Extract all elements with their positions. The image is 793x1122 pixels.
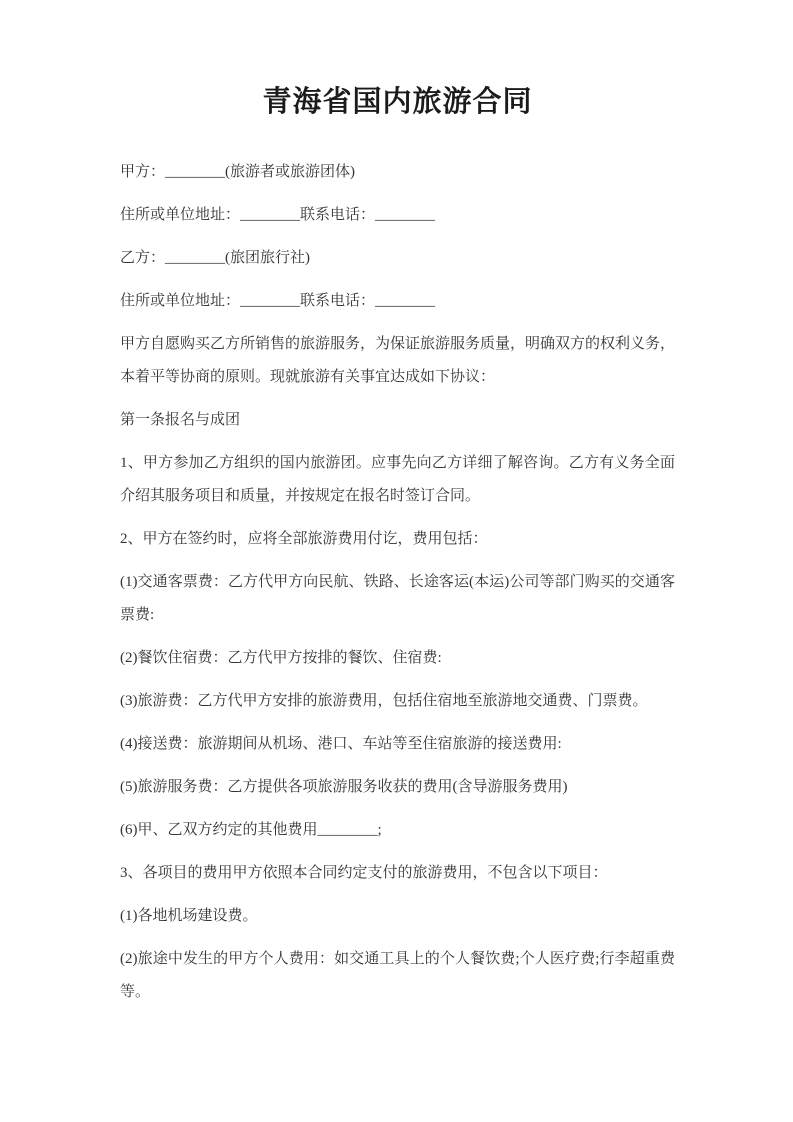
preamble-paragraph: 甲方自愿购买乙方所销售的旅游服务，为保证旅游服务质量，明确双方的权利义务，本着平…: [120, 328, 675, 394]
article-1-heading: 第一条报名与成团: [120, 404, 675, 437]
clause-2-paragraph: 2、甲方在签约时，应将全部旅游费用付讫，费用包括：: [120, 523, 675, 556]
clause-3-paragraph: 3、各项目的费用甲方依照本合同约定支付的旅游费用，不包含以下项目：: [120, 857, 675, 890]
party-a-line: 甲方：________(旅游者或旅游团体): [120, 156, 675, 189]
fee-item-3-tour-fee: (3)旅游费：乙方代甲方安排的旅游费用，包括住宿地至旅游地交通费、门票费。: [120, 685, 675, 718]
party-b-address-phone-line: 住所或单位地址：________联系电话：________: [120, 285, 675, 318]
exclusion-item-1-airport-fee: (1)各地机场建设费。: [120, 900, 675, 933]
fee-item-4-transfer-fee: (4)接送费：旅游期间从机场、港口、车站等至住宿旅游的接送费用:: [120, 728, 675, 761]
fee-item-2-meals-lodging: (2)餐饮住宿费：乙方代甲方按排的餐饮、住宿费:: [120, 642, 675, 675]
exclusion-item-2-personal-fees: (2)旅途中发生的甲方个人费用：如交通工具上的个人餐饮费;个人医疗费;行李超重费…: [120, 943, 675, 1009]
fee-item-1-transport-tickets: (1)交通客票费：乙方代甲方向民航、铁路、长途客运(本运)公司等部门购买的交通客…: [120, 566, 675, 632]
party-b-line: 乙方：________(旅团旅行社): [120, 242, 675, 275]
clause-1-paragraph: 1、甲方参加乙方组织的国内旅游团。应事先向乙方详细了解咨询。乙方有义务全面介绍其…: [120, 447, 675, 513]
document-title: 青海省国内旅游合同: [120, 82, 675, 122]
contract-document-page: 青海省国内旅游合同 甲方：________(旅游者或旅游团体) 住所或单位地址：…: [0, 0, 793, 1122]
fee-item-6-other-fees: (6)甲、乙双方约定的其他费用________;: [120, 814, 675, 847]
party-a-address-phone-line: 住所或单位地址：________联系电话：________: [120, 199, 675, 232]
fee-item-5-service-fee: (5)旅游服务费：乙方提供各项旅游服务收获的费用(含导游服务费用): [120, 771, 675, 804]
